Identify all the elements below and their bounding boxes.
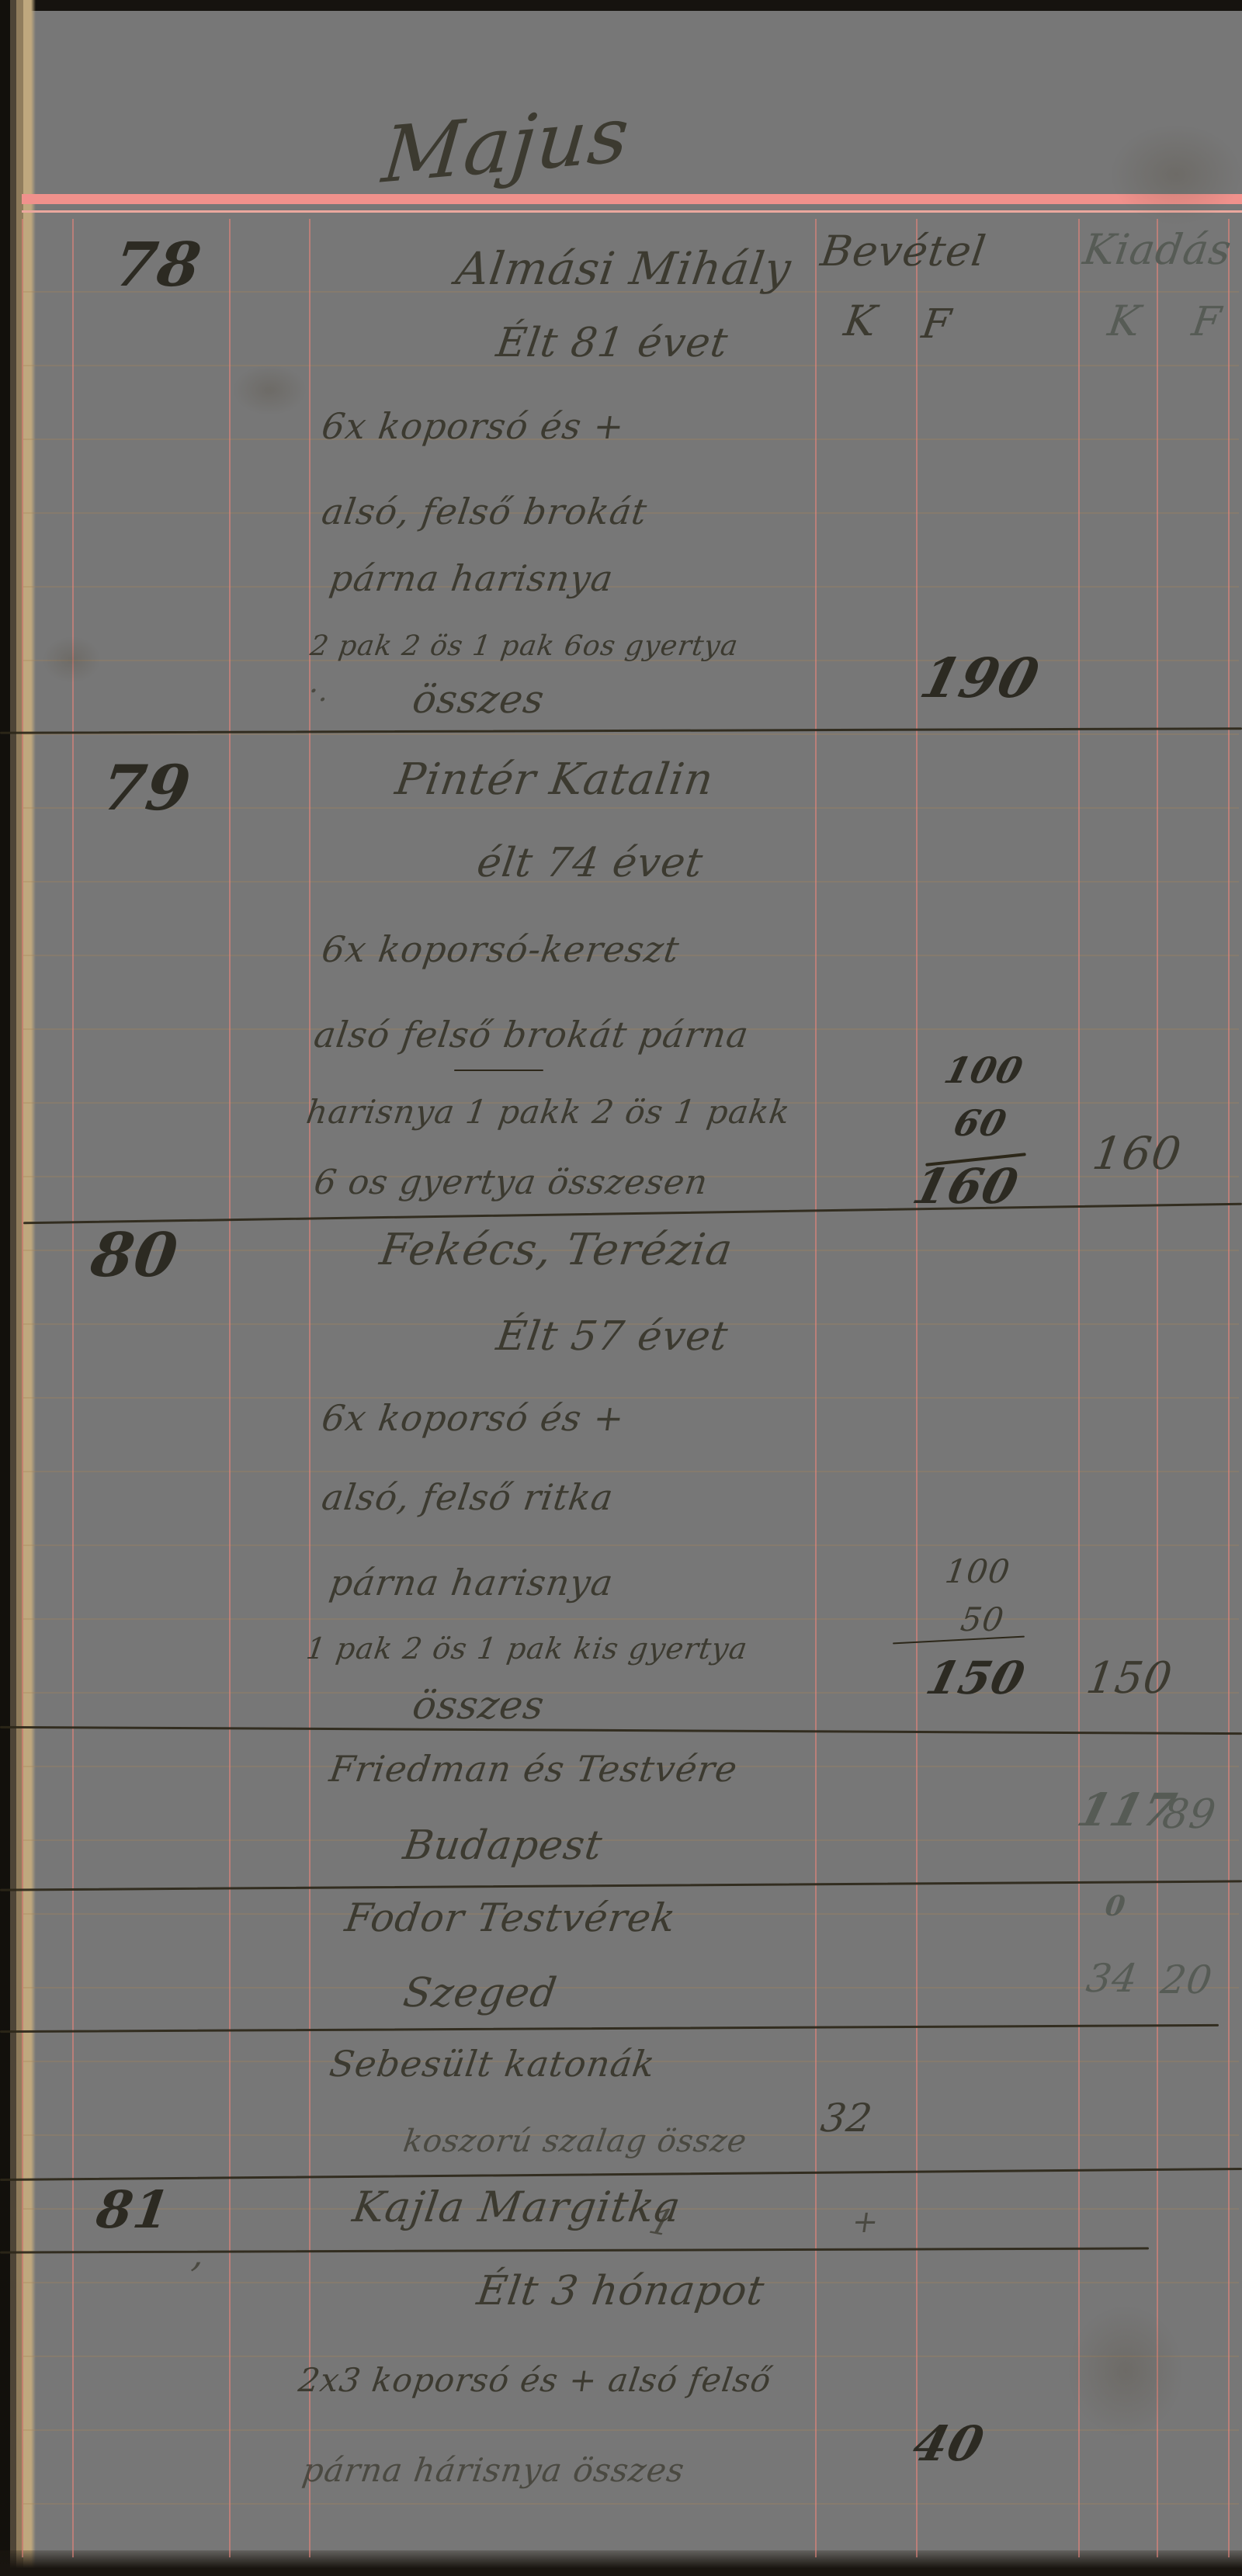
expense-column-header: Kiadás <box>1081 225 1235 274</box>
entry-number: 79 <box>97 751 196 824</box>
item-line: alsó, felső ritka <box>319 1476 616 1518</box>
ledger-page-scan: Majus Bevétel K F Kiadás K F 78 Almási M… <box>0 0 1242 2576</box>
column-rule <box>229 219 231 2557</box>
column-rule <box>1157 219 1158 2557</box>
deceased-name: Kajla Margitka <box>350 2182 685 2231</box>
column-rule <box>815 219 817 2557</box>
header-rule-thin <box>22 210 1242 213</box>
item-line: 6x koporsó és + <box>319 405 627 447</box>
page-title-month: Majus <box>379 89 633 201</box>
entry-number: 80 <box>87 1220 182 1291</box>
item-line: 6 os gyertya összesen <box>311 1163 710 1202</box>
expense-amount-f: 20 <box>1158 1957 1216 2002</box>
item-line: párna hárisnya összes <box>300 2451 688 2489</box>
total-label: összes <box>410 677 547 722</box>
expense-amount-f: 89 <box>1160 1791 1219 1838</box>
ink-smudge <box>233 365 307 415</box>
memo-title: Sebesült katonák <box>327 2043 657 2085</box>
income-currency-k: K <box>841 296 880 345</box>
header-rule-band <box>22 194 1242 204</box>
scan-top-edge <box>0 0 1242 11</box>
supplier-name: Friedman és Testvére <box>327 1748 740 1790</box>
income-amount: 40 <box>907 2415 990 2472</box>
income-amount: 150 <box>921 1652 1031 1704</box>
column-rule <box>72 219 74 2557</box>
age-line: Élt 3 hónapot <box>474 2268 768 2314</box>
column-rule <box>916 219 918 2557</box>
deceased-name: Pintér Katalin <box>392 754 716 805</box>
expense-currency-k: K <box>1105 296 1144 345</box>
item-line: harisnya 1 pakk 2 ös 1 pakk <box>304 1093 793 1131</box>
item-line: párna harisnya <box>327 1562 616 1603</box>
memo-amount: 32 <box>818 2096 876 2141</box>
expense-amount: 150 <box>1083 1653 1175 1704</box>
column-rule <box>1228 219 1230 2557</box>
scan-bottom-edge <box>0 2550 1242 2576</box>
column-rule <box>22 219 23 2557</box>
supplier-city: Budapest <box>401 1822 605 1869</box>
entry-number: 81 <box>93 2179 175 2240</box>
item-line: alsó felső brokát párna <box>311 1014 751 1056</box>
item-line: 1 pak 2 ös 1 pak kis gyertya <box>304 1631 750 1666</box>
item-line: 6x koporsó-kereszt <box>319 928 682 970</box>
total-label: összes <box>410 1683 547 1728</box>
correction-underline <box>454 1070 543 1071</box>
income-amount: 190 <box>914 646 1046 710</box>
item-line: 2 pak 2 ös 1 pak 6os gyertya <box>308 630 741 662</box>
income-subtotal: 50 <box>959 1600 1007 1638</box>
item-line: párna harisnya <box>327 557 616 599</box>
age-line: Élt 57 évet <box>494 1313 731 1360</box>
expense-amount-k: 34 <box>1084 1956 1141 2001</box>
age-line: Élt 81 évet <box>494 320 731 366</box>
supplier-name: Fodor Testvérek <box>342 1895 679 1940</box>
item-line: 2x3 koporsó és + alsó felső <box>297 2361 774 2399</box>
column-rule <box>1078 219 1080 2557</box>
paper-stain <box>1067 2305 1184 2437</box>
income-subtotal: 60 <box>949 1102 1011 1144</box>
ink-smudge <box>43 636 101 683</box>
memo-line: koszorú szalag össze <box>401 2124 749 2159</box>
age-line: élt 74 évet <box>474 840 706 886</box>
income-column-header: Bevétel <box>818 227 990 276</box>
expense-amount: 160 <box>1089 1127 1185 1180</box>
item-line: 6x koporsó és + <box>319 1397 627 1439</box>
stray-ink-mark: + <box>850 2204 882 2240</box>
deceased-name: Almási Mihály <box>453 242 795 295</box>
income-subtotal: 100 <box>943 1552 1013 1590</box>
supplier-city: Szeged <box>401 1970 560 2016</box>
item-line: alsó, felső brokát <box>319 491 650 532</box>
paper-stain <box>1110 124 1242 225</box>
income-subtotal: 100 <box>940 1049 1027 1091</box>
column-rule <box>309 219 310 2557</box>
entry-number: 78 <box>110 230 206 300</box>
deceased-name: Fekécs, Terézia <box>376 1225 736 1275</box>
